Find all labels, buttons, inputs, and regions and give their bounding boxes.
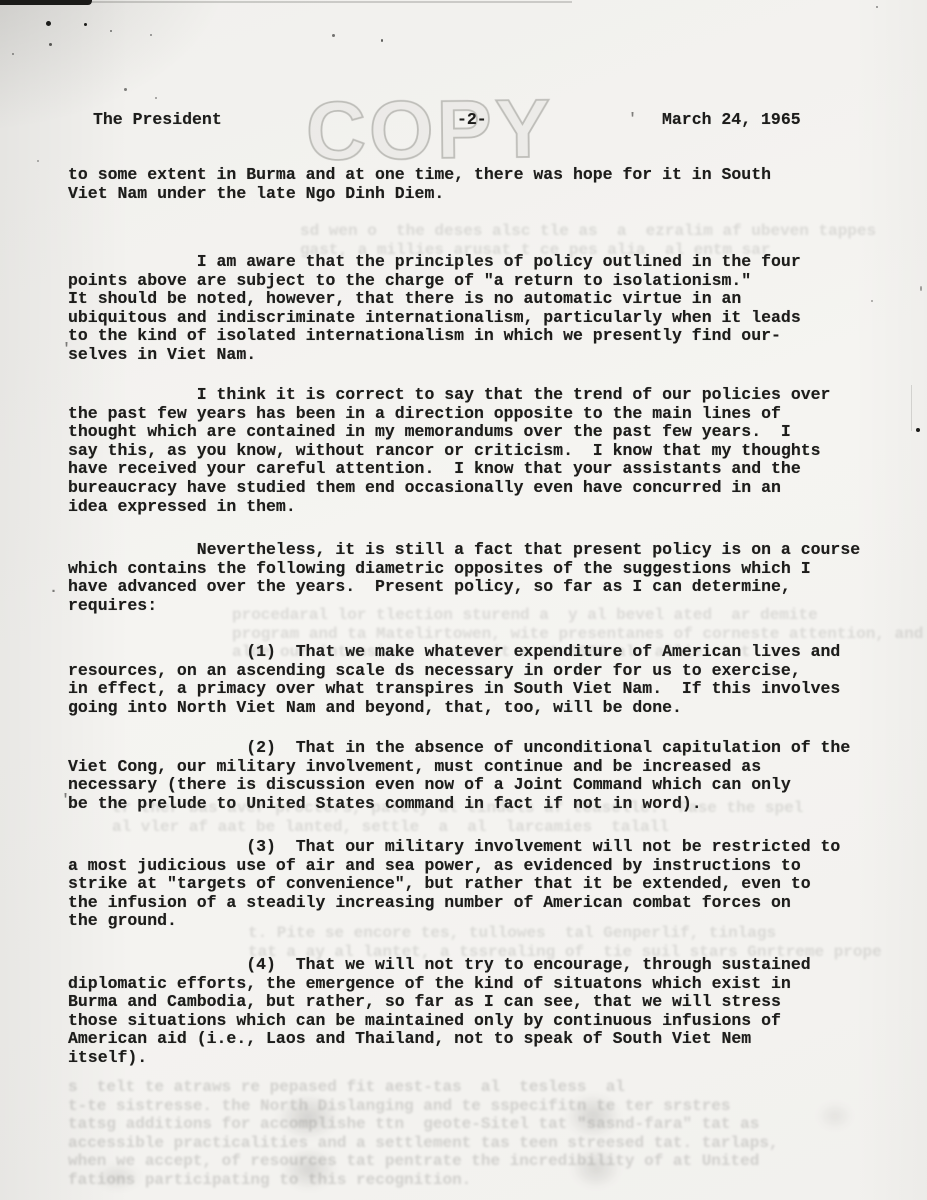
- paper-speck: [110, 30, 112, 32]
- scan-edge-mark: [0, 0, 92, 5]
- stray-dot-mark: .: [49, 580, 58, 597]
- scanned-memo-page: COPY The President -2- ' March 24, 1965 …: [0, 0, 927, 1200]
- paper-speck: [12, 53, 14, 55]
- paper-crease: [911, 385, 912, 431]
- paper-speck: [124, 88, 127, 91]
- paper-speck: [150, 34, 152, 36]
- stray-tick-mark: ': [61, 792, 70, 809]
- paper-speck: [876, 6, 878, 8]
- stray-tick-mark: ': [628, 111, 637, 128]
- header-date: March 24, 1965: [662, 111, 801, 130]
- bleedthrough-ghost-text: tr ther bas aver procters, pately al tin…: [112, 799, 872, 836]
- bleedthrough-ghost-text: sd wen o the deses alsc tle as a ezralim…: [300, 222, 860, 259]
- body-paragraph-2: I am aware that the principles of policy…: [68, 253, 801, 365]
- body-paragraph-1: to some extent in Burma and at one time,…: [68, 166, 771, 203]
- bleedthrough-ghost-text: procedaral lor tlection sturend a y al b…: [232, 606, 872, 662]
- body-paragraph-3: I think it is correct to say that the tr…: [68, 386, 830, 516]
- stray-tick-mark: ': [62, 341, 71, 358]
- body-paragraph-4: Nevertheless, it is still a fact that pr…: [68, 541, 860, 615]
- paper-speck: [37, 160, 39, 162]
- ink-smudge: [86, 1158, 150, 1196]
- bleedthrough-ghost-text: s telt te atraws re pepased fit aest-tas…: [68, 1078, 868, 1190]
- ink-smudge: [272, 1140, 346, 1198]
- ink-smudge: [562, 1140, 630, 1196]
- ink-smudge: [266, 1086, 350, 1148]
- scan-edge-line: [92, 1, 572, 3]
- header-addressee: The President: [93, 111, 222, 130]
- paper-speck: [871, 300, 873, 302]
- paper-speck: [49, 43, 52, 46]
- paper-speck: [381, 39, 383, 42]
- paper-speck: [46, 21, 51, 26]
- paper-speck: [916, 428, 920, 432]
- paper-speck: [920, 286, 922, 291]
- ink-smudge: [556, 1086, 630, 1146]
- numbered-item-4: (4) That we will not try to encourage, t…: [68, 956, 811, 1068]
- ink-smudge: [810, 1096, 860, 1136]
- paper-speck: [155, 97, 157, 99]
- paper-speck: [332, 34, 335, 37]
- bleedthrough-ghost-text: t. Pite se encore tes, tullowes tal Genp…: [248, 924, 888, 961]
- header-page-number: -2-: [457, 111, 487, 130]
- paper-speck: [84, 23, 87, 26]
- numbered-item-3: (3) That our military involvement will n…: [68, 838, 840, 931]
